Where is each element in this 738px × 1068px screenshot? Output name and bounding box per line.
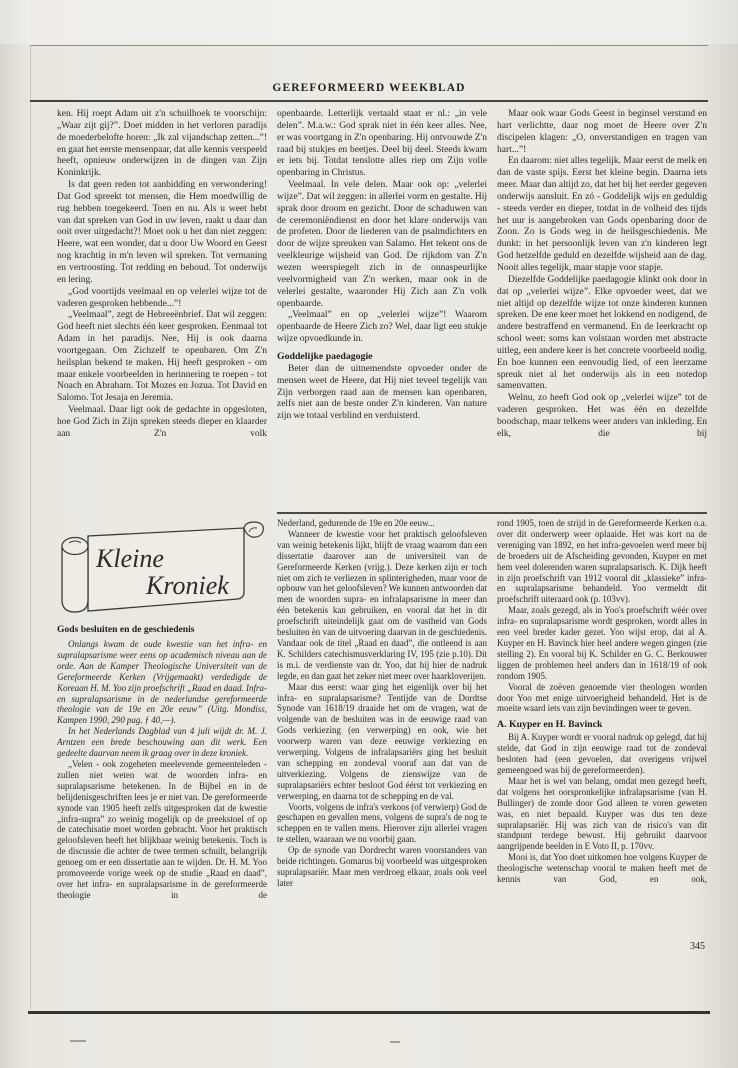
top-edge-line — [30, 45, 708, 46]
article-column-2: openbaarde. Letterlijk vertaald staat er… — [277, 109, 487, 511]
section-divider-rule — [277, 512, 707, 514]
kroniek-column-2: Nederland, gedurende de 19e en 20e eeuw.… — [277, 518, 487, 1010]
magazine-page-scan: GEREFORMEERD WEEKBLAD ken. Hij roept Ada… — [0, 0, 738, 1068]
paragraph: „Veelmaal” en op „velerlei wijze”! Waaro… — [277, 310, 487, 346]
scan-artifact — [70, 1040, 86, 1042]
paragraph: Voorts, volgens de infra's verkoos (of v… — [277, 802, 487, 846]
paragraph: Maar ook waar Gods Geest in beginsel ver… — [497, 109, 707, 156]
paragraph: „Veelmaal”, zegt de Hebreeënbrief. Dat w… — [57, 310, 267, 405]
paragraph: Maar, zoals gezegd, als in Yoo's proefsc… — [497, 605, 707, 681]
paragraph: Diezelfde Goddelijke paedagogie klinkt o… — [497, 275, 707, 393]
scan-artifact — [390, 1041, 400, 1043]
article-column-1: ken. Hij roept Adam uit z'n schuilhoek t… — [57, 109, 267, 511]
publication-title: GEREFORMEERD WEEKBLAD — [0, 82, 738, 94]
banner-word-1: Kleine — [95, 544, 164, 573]
paragraph: Maar dus eerst: waar ging het eigenlijk … — [277, 682, 487, 802]
paragraph: Is dat geen reden tot aanbidding en verw… — [57, 180, 267, 287]
paragraph: Maar het is wel van belang, omdat men ge… — [497, 776, 707, 852]
paragraph: „God voortijds veelmaal en op velerlei w… — [57, 287, 267, 311]
section-heading: Goddelijke paedagogie — [277, 351, 487, 362]
paragraph: Op de synode van Dordrecht waren voorsta… — [277, 845, 487, 889]
article-section: ken. Hij roept Adam uit z'n schuilhoek t… — [57, 109, 707, 511]
paragraph-italic: In het Nederlands Dagblad van 4 juli wij… — [57, 726, 267, 759]
scan-top-margin — [0, 0, 738, 44]
header-rule — [30, 100, 708, 102]
banner-word-2: Kroniek — [145, 571, 229, 600]
paragraph: ken. Hij roept Adam uit z'n schuilhoek t… — [57, 109, 267, 180]
paragraph: Vooral de zoëven genoemde vier theologen… — [497, 682, 707, 715]
paragraph: Beter dan de uitnemendste opvoeder onder… — [277, 364, 487, 423]
paragraph: rond 1905, toen de strijd in de Gereform… — [497, 518, 707, 605]
scroll-roll-left-icon — [62, 546, 88, 612]
paragraph: Welnu, zo heeft God ook op „velerlei wij… — [497, 393, 707, 440]
paragraph-italic: Onlangs kwam de oude kwestie van het inf… — [57, 639, 267, 726]
scroll-curl-right-icon — [244, 522, 263, 537]
paragraph: Bij A. Kuyper wordt er vooral nadruk op … — [497, 732, 707, 776]
kroniek-section: Kleine Kroniek Gods besluiten en de gesc… — [57, 518, 707, 1010]
article-column-3: Maar ook waar Gods Geest in beginsel ver… — [497, 109, 707, 511]
paragraph: openbaarde. Letterlijk vertaald staat er… — [277, 109, 487, 180]
paragraph: Nederland, gedurende de 19e en 20e eeuw.… — [277, 518, 487, 529]
kroniek-column-3: rond 1905, toen de strijd in de Gereform… — [497, 518, 707, 1010]
kleine-kroniek-scroll-banner: Kleine Kroniek — [57, 520, 270, 616]
paragraph: Mooi is, dat Yoo doet uitkomen hoe volge… — [497, 852, 707, 885]
bottom-edge-line — [28, 1011, 710, 1014]
section-heading: A. Kuyper en H. Bavinck — [497, 719, 707, 730]
paragraph: Veelmaal. In vele delen. Maar ook op: „v… — [277, 180, 487, 310]
scroll-roll-top — [62, 538, 88, 555]
left-edge-line — [30, 46, 31, 1010]
paragraph: Veelmaal. Daar ligt ook de gedachte in o… — [57, 405, 267, 441]
paragraph: En daarom: niet alles tegelijk. Maar eer… — [497, 156, 707, 274]
paragraph: „Velen - ook zogeheten meelevende gemeen… — [57, 759, 267, 901]
page-number: 345 — [690, 941, 705, 952]
kroniek-heading: Gods besluiten en de geschiedenis — [57, 624, 267, 635]
paragraph: Wanneer de kwestie voor het praktisch ge… — [277, 529, 487, 682]
kroniek-column-1: Kleine Kroniek Gods besluiten en de gesc… — [57, 518, 267, 1010]
